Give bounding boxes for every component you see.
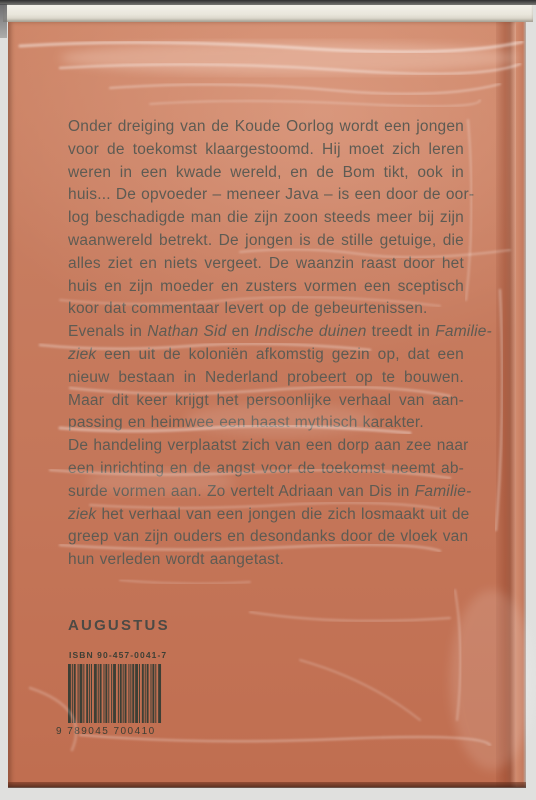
- book-photo: Onder dreiging van de Koude Oorlog wordt…: [0, 0, 536, 800]
- blurb: Onder dreiging van de Koude Oorlog wordt…: [68, 116, 464, 572]
- publisher-wordmark: AUGUSTUS: [68, 617, 170, 634]
- blurb-line: nieuw bestaan in Nederland probeert op t…: [68, 367, 464, 390]
- blurb-line: passing en heimwee een haast mythisch ka…: [68, 412, 464, 435]
- blurb-line: ziek een uit de koloniën afkomstig gezin…: [68, 344, 464, 367]
- blurb-line: waanwereld betrekt. De jongen is de stil…: [68, 230, 464, 253]
- blurb-line: surde vormen aan. Zo vertelt Adriaan van…: [68, 481, 464, 504]
- barcode-digits: 9 789045 700410: [56, 726, 166, 737]
- blurb-line: weren in een kwade wereld, en de Bom tik…: [68, 162, 464, 185]
- blurb-line: huis en zijn moeder en zusters vormen ee…: [68, 276, 464, 299]
- blurb-line: een inrichting en de angst voor de toeko…: [68, 458, 464, 481]
- blurb-line: Maar dit keer krijgt het persoonlijke ve…: [68, 390, 464, 413]
- blurb-line: Evenals in Nathan Sid en Indische duinen…: [68, 321, 464, 344]
- plastic-fold-corner: [0, 4, 7, 38]
- blurb-line: log beschadigde man die zijn zoon steeds…: [68, 207, 464, 230]
- floor-shadow: [0, 788, 536, 800]
- spine-hinge-groove: [496, 22, 516, 787]
- blurb-line: huis... De opvoeder – meneer Java – is e…: [68, 184, 464, 207]
- blurb-line: voor de toekomst klaargestoomd. Hij moet…: [68, 139, 464, 162]
- blurb-line: ziek het verhaal van een jongen die zich…: [68, 504, 464, 527]
- isbn-text: ISBN 90-457-0041-7: [69, 650, 167, 660]
- page-block-top-edge: [3, 5, 533, 22]
- blurb-line: Onder dreiging van de Koude Oorlog wordt…: [68, 116, 464, 139]
- spine-outer-edge: [516, 22, 526, 787]
- blurb-line: alles ziet en niets vergeet. De waanzin …: [68, 253, 464, 276]
- blurb-line: De handeling verplaatst zich van een dor…: [68, 435, 464, 458]
- blurb-line: koor dat commentaar levert op de gebeurt…: [68, 298, 464, 321]
- barcode: [68, 664, 162, 723]
- blurb-line: greep van zijn ouders en desondanks door…: [68, 526, 464, 549]
- blurb-line: hun verleden wordt aangetast.: [68, 549, 464, 572]
